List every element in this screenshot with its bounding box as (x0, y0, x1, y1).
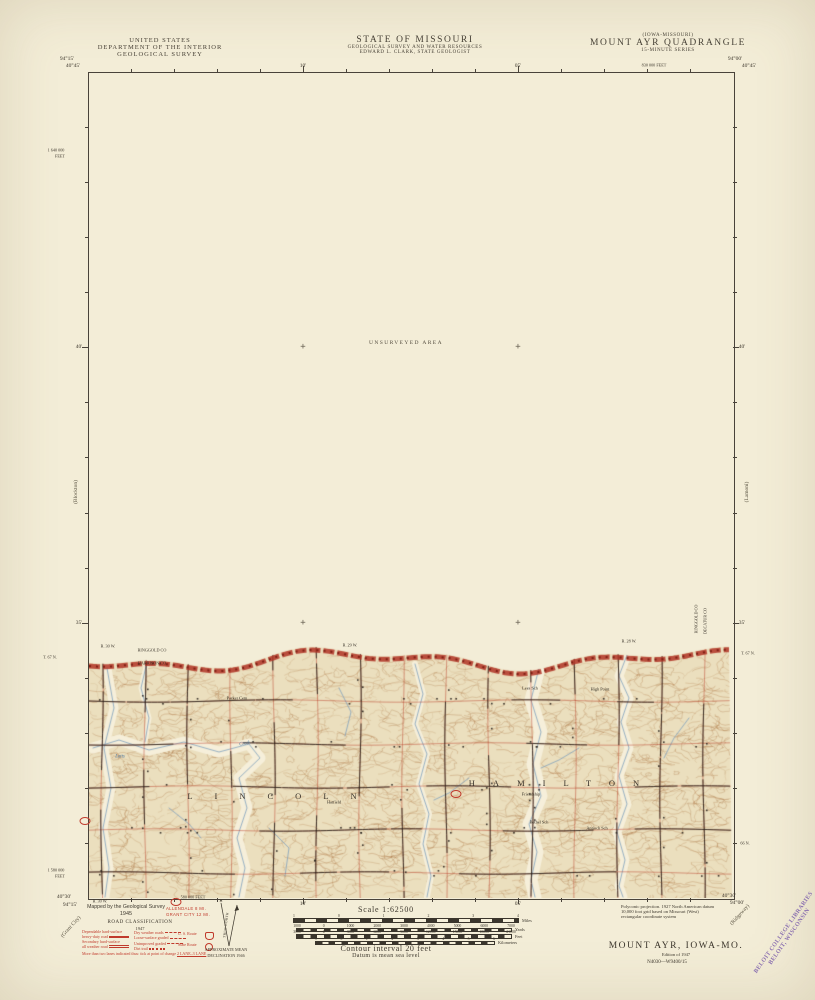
graticule-cross-icon: + (300, 618, 305, 628)
stamp-line-1: BELOIT COLLEGE LIBRARIES (753, 891, 815, 975)
scale-bar-tick-label: 5 (468, 937, 470, 941)
topo-map-canvas (89, 628, 732, 898)
route-shield-icon (171, 898, 182, 906)
border-tick (85, 568, 89, 569)
map-label: Lotts (115, 755, 125, 760)
scale-bar-unit: Feet (515, 934, 522, 939)
road-class-item: Loose-surface graded (134, 936, 198, 941)
border-tick (217, 69, 218, 73)
map-label: FEET (55, 154, 65, 159)
border-tick (604, 69, 605, 73)
declination-label-2: DECLINATION 1946 (200, 953, 252, 958)
scale-bar-tick-label: 3 (472, 914, 474, 918)
header-quad-name: MOUNT AYR QUADRANGLE (590, 38, 746, 48)
map-label: 40' (739, 344, 746, 350)
border-tick (647, 898, 648, 902)
road-class-note-text: More than two lanes indicated thus: tick… (82, 951, 176, 956)
border-tick (85, 402, 89, 403)
map-label: R. 28 W. (622, 639, 637, 644)
map-label: T. 67 N. (43, 655, 57, 660)
map-label: 1 580 000 (48, 868, 65, 873)
contour-interval-note: Contour interval 20 feet (286, 944, 486, 953)
border-tick (432, 69, 433, 73)
scale-bar-tick-label: 0 (340, 937, 342, 941)
map-label: 94°15' (60, 56, 74, 62)
scale-label: Scale 1:62500 (326, 905, 446, 914)
scale-bar-tick-label: 1 (293, 914, 295, 918)
map-label: 66 N. (740, 841, 749, 846)
border-tick (432, 898, 433, 902)
map-label: 40°30' (722, 893, 736, 899)
border-tick (733, 623, 739, 624)
map-label: 1 640 000 (48, 148, 65, 153)
header-state-line3: EDWARD L. CLARK, STATE GEOLOGIST (348, 50, 483, 55)
border-tick (346, 69, 347, 73)
border-tick (475, 69, 476, 73)
border-tick (561, 69, 562, 73)
border-tick (733, 182, 737, 183)
map-label: RINGGOLD CO (694, 605, 699, 634)
true-north-star-icon: ✶ (219, 899, 223, 905)
border-tick (260, 898, 261, 902)
scale-bar-tick-label: 3000 (400, 924, 408, 928)
map-label: FEET (55, 874, 65, 879)
scale-bar-unit: Miles (522, 918, 532, 923)
border-tick (733, 347, 739, 348)
header-state: STATE OF MISSOURI GEOLOGICAL SURVEY AND … (348, 35, 483, 55)
route-shield-icon (80, 817, 91, 825)
border-tick (518, 66, 519, 72)
library-stamp: BELOIT COLLEGE LIBRARIES BELOIT, WISCONS… (753, 891, 815, 979)
route-distance-1: ALLENDALE 8 MI. (166, 906, 206, 911)
edition-note: Edition of 1947 (606, 952, 746, 957)
graticule-cross-icon: + (300, 342, 305, 352)
border-tick (389, 898, 390, 902)
border-tick (303, 898, 304, 904)
scale-bar-tick-label: 2 (391, 937, 393, 941)
border-tick (733, 788, 737, 789)
map-label: Hatfield (327, 800, 341, 805)
border-tick (647, 69, 648, 73)
road-classification-title: ROAD CLASSIFICATION (100, 920, 180, 925)
header-agency-line3: GEOLOGICAL SURVEY (98, 51, 223, 58)
border-tick (733, 292, 737, 293)
border-tick (85, 513, 89, 514)
border-tick (690, 898, 691, 902)
scale-bar-tick-label: 1 (366, 937, 368, 941)
scale-bar-tick-label: 2 (427, 914, 429, 918)
map-label: 830 000 FEET (642, 63, 667, 68)
scale-bar-tick-label: 9000 (400, 930, 408, 934)
border-tick (733, 402, 737, 403)
scale-bar-unit: Yards (515, 927, 525, 932)
scale-bar-tick-label: 1000 (293, 924, 301, 928)
map-label: 35' (739, 620, 746, 626)
map-label: 40°45' (66, 63, 80, 69)
border-tick (85, 292, 89, 293)
border-tick (733, 513, 737, 514)
map-label: Friendship (522, 792, 540, 797)
map-label: 40°30' (57, 894, 71, 900)
route-shield-icon (451, 790, 462, 798)
map-label: DECATUR CO (703, 608, 708, 634)
scale-bar-tick-label: 2000 (373, 924, 381, 928)
scale-bar-tick-label: 15000 (453, 930, 463, 934)
border-tick (346, 898, 347, 902)
border-tick (733, 733, 737, 734)
sheet-reference-number: N4030—W9400/15 (607, 960, 727, 965)
border-tick (733, 568, 737, 569)
header-agency: UNITED STATES DEPARTMENT OF THE INTERIOR… (98, 37, 223, 58)
declination-label-1: APPROXIMATE MEAN (200, 947, 252, 952)
scale-bar-tick-label: 18000 (480, 930, 490, 934)
border-tick (518, 898, 519, 904)
border-tick (85, 237, 89, 238)
magnetic-north-arrow (235, 905, 240, 911)
map-label: (Blockton) (73, 480, 79, 504)
border-tick (85, 788, 89, 789)
scale-bar-tick-label: 3000 (293, 930, 301, 934)
scale-bar-tick-label: 0 (323, 924, 325, 928)
map-label: HARRISON CO (138, 661, 166, 666)
border-tick (131, 898, 132, 902)
border-tick (85, 457, 89, 458)
header-quadrangle: (IOWA-MISSOURI) MOUNT AYR QUADRANGLE 15-… (590, 33, 746, 53)
border-tick (85, 733, 89, 734)
border-tick (733, 237, 737, 238)
projection-note: Polyconic projection. 1927 North America… (621, 904, 736, 920)
border-tick (85, 843, 89, 844)
map-label: Bethel Sch (530, 820, 549, 825)
scale-bar-tick-label: 7000 (507, 924, 515, 928)
map-label: Lees Sch (522, 686, 538, 691)
road-class-note: More than two lanes indicated thus: tick… (82, 952, 214, 957)
border-tick (733, 127, 737, 128)
border-tick (604, 898, 605, 902)
header-quad-series: 15-MINUTE SERIES (590, 48, 746, 53)
border-tick (260, 69, 261, 73)
map-label: R. 30 W. (101, 644, 116, 649)
map-label: 94°00' (728, 56, 742, 62)
map-label: Parker Cem (227, 696, 247, 701)
graticule-cross-icon: + (515, 342, 520, 352)
border-tick (82, 347, 88, 348)
scale-bar-tick-label: 12000 (426, 930, 436, 934)
map-label: UNSURVEYED AREA (369, 340, 443, 346)
scale-bar-tick-label: 3000 (347, 930, 355, 934)
border-tick (174, 69, 175, 73)
map-sheet: UNITED STATES DEPARTMENT OF THE INTERIOR… (0, 0, 815, 1000)
map-label: R. 29 W. (343, 643, 358, 648)
scale-bar-tick-label: 3 (417, 937, 419, 941)
scale-bar-tick-label: 0 (338, 914, 340, 918)
border-tick (85, 182, 89, 183)
border-tick (561, 898, 562, 902)
scale-bar-feet: 3000030006000900012000150001800021000Fee… (296, 934, 512, 939)
header-agency-line1: UNITED STATES (98, 37, 223, 44)
projection-line-3: rectangular coordinate system (621, 914, 736, 919)
border-tick (82, 623, 88, 624)
scale-bar-tick-label: 6 (493, 937, 495, 941)
scale-bar-tick-label: 6000 (480, 924, 488, 928)
border-tick (303, 66, 304, 72)
scale-bar-miles: 101234Miles (293, 918, 519, 923)
border-tick (85, 127, 89, 128)
scale-bar-tick-label: 1 (383, 914, 385, 918)
map-label: HAMILTON (469, 778, 657, 788)
header-state-line1: STATE OF MISSOURI (348, 35, 483, 45)
border-tick (131, 69, 132, 73)
map-label: R. 30 W. (93, 899, 108, 904)
scale-bar-tick-label: 4000 (427, 924, 435, 928)
header-agency-line2: DEPARTMENT OF THE INTERIOR (98, 44, 223, 51)
datum-note: Datum is mean sea level (286, 953, 486, 959)
graticule-cross-icon: + (515, 618, 520, 628)
border-tick (733, 457, 737, 458)
border-tick (733, 678, 737, 679)
scale-bar-tick-label: 1000 (347, 924, 355, 928)
border-tick (85, 678, 89, 679)
border-tick (690, 69, 691, 73)
map-label: (Grant City) (60, 915, 83, 939)
border-tick (475, 898, 476, 902)
scale-bar-unit: Kilometers (498, 940, 517, 945)
scale-bar-tick-label: 4 (517, 914, 519, 918)
scale-bar-tick-label: 5000 (454, 924, 462, 928)
scale-bar-tick-label: 0 (323, 930, 325, 934)
stamp-line-2: BELOIT, WISCONSIN (759, 895, 815, 979)
border-tick (389, 69, 390, 73)
map-label: High Point (591, 687, 610, 692)
sheet-title: MOUNT AYR, IOWA-MO. (606, 941, 746, 951)
scale-bar-tick-label: 4 (442, 937, 444, 941)
border-tick (733, 843, 737, 844)
map-label: RINGGOLD CO (138, 648, 167, 653)
map-label: T. 67 N. (741, 651, 755, 656)
map-label: Antioch Sch (586, 826, 607, 831)
map-label: LINCOLN (187, 791, 378, 801)
scale-bar-tick-label: 6000 (373, 930, 381, 934)
scale-bar-tick-label: 1 (315, 937, 317, 941)
map-label: (Lamoni) (744, 482, 750, 503)
map-label: 40°45' (742, 63, 756, 69)
